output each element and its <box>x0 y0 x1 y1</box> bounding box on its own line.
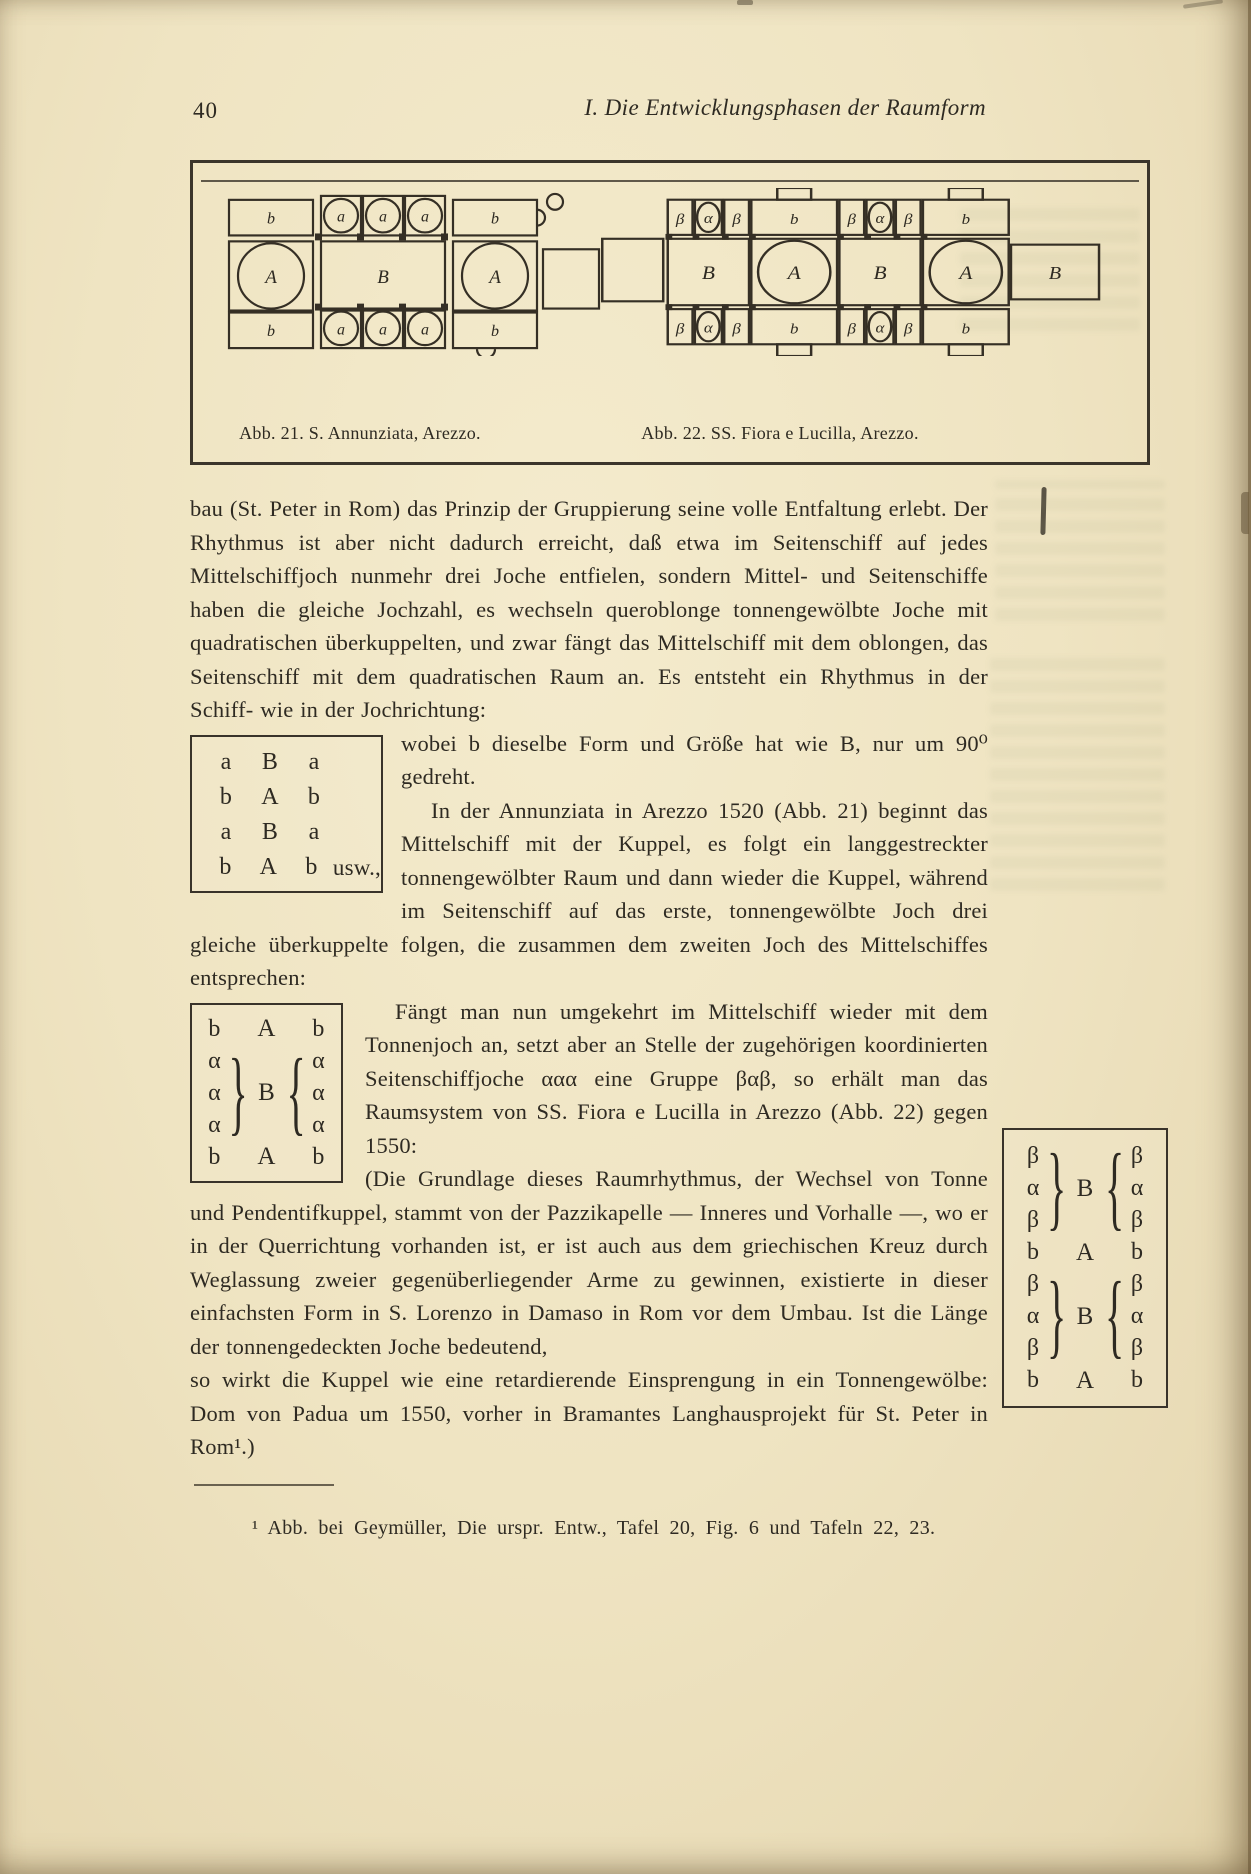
schema-cell: A <box>247 1144 287 1169</box>
schema-cell: α <box>201 1045 229 1077</box>
ink-speck <box>1183 0 1223 9</box>
schema-cell: B <box>247 1080 287 1105</box>
brace-glyph: } <box>1047 1141 1065 1235</box>
room-label-alpha: α <box>704 211 714 227</box>
schema-cell: A <box>1065 1368 1105 1393</box>
room-label-barrel: B <box>702 263 715 283</box>
schema-cell: α <box>201 1109 229 1141</box>
schema-cell: α <box>1019 1300 1047 1332</box>
schema-cell: a <box>204 750 248 774</box>
schema-row: bAb <box>1010 1236 1160 1268</box>
schema-row: aBa <box>204 815 381 850</box>
figure-caption-abb22: Abb. 22. SS. Fiora e Lucilla, Arezzo. <box>620 423 940 444</box>
schema-cell: α <box>1123 1172 1151 1204</box>
room-label-beta: β <box>903 212 913 228</box>
paragraph-5: (Die Grundlage dieses Raumrhythmus, der … <box>190 1162 988 1363</box>
plan-geometry <box>229 194 599 356</box>
schema-cell: β <box>1019 1204 1047 1236</box>
schema-group: β α β } B { β α β <box>1010 1140 1160 1236</box>
schema-cell: β <box>1123 1268 1151 1300</box>
schema-cell: a <box>292 750 336 774</box>
page-number: 40 <box>193 98 218 124</box>
schema-cell: b <box>204 785 248 809</box>
schema-cell: A <box>247 855 290 879</box>
room-label-dome: A <box>957 263 973 283</box>
margin-ink-mark <box>1040 487 1046 535</box>
room-label-alpha: α <box>876 211 886 227</box>
schema-cell: b <box>305 1145 333 1169</box>
brace-glyph: } <box>1047 1269 1065 1363</box>
schema-cell: B <box>248 820 292 844</box>
schema-cell: α <box>305 1045 333 1077</box>
schema-box-2: bAb α α α } B { α α α <box>190 1003 343 1183</box>
schema-row: aBa <box>204 745 381 780</box>
frame-inner-rule <box>201 180 1139 182</box>
paragraph-6: so wirkt die Kuppel wie eine retardieren… <box>190 1363 988 1464</box>
print-bleed-through <box>990 650 1165 900</box>
ink-speck <box>737 0 753 5</box>
room-label-dome: A <box>786 263 802 283</box>
schema-cell: α <box>1123 1300 1151 1332</box>
room-label-aisle: b <box>962 322 971 338</box>
schema-cell: A <box>247 1016 287 1041</box>
schema-cell: α <box>305 1109 333 1141</box>
room-label-beta: β <box>675 212 685 228</box>
room-label-alpha: α <box>704 321 714 337</box>
schema-cell: b <box>201 1145 229 1169</box>
room-label-chapel: a <box>337 209 345 226</box>
room-label-barrel: B <box>873 263 886 283</box>
schema-cell: b <box>204 855 247 879</box>
schema-cell: b <box>290 855 333 879</box>
room-label-chapel: a <box>379 209 387 226</box>
schema-box-3: β α β } B { β α β bAb β α β } B { <box>1002 1128 1168 1408</box>
room-label-chapel: a <box>421 209 429 226</box>
room-label-beta: β <box>846 212 856 228</box>
room-label-dome: A <box>487 267 501 288</box>
room-label-barrel: B <box>377 267 389 288</box>
room-label-dome: A <box>263 267 277 288</box>
room-label-aisle: b <box>962 212 971 228</box>
room-label-alpha: α <box>876 321 886 337</box>
schema-cell: A <box>1065 1240 1105 1265</box>
schema-cell: b <box>1019 1368 1047 1392</box>
schema-cell: α <box>201 1077 229 1109</box>
room-label-aisle: b <box>491 211 499 228</box>
room-label-barrel: B <box>1049 264 1062 283</box>
schema-cell: A <box>248 785 292 809</box>
footnote: ¹ Abb. bei Geymüller, Die urspr. Entw., … <box>190 1512 1180 1546</box>
print-bleed-through <box>995 480 1165 630</box>
schema-row: bAb <box>1010 1364 1160 1396</box>
room-label-beta: β <box>903 322 913 338</box>
room-label-aisle: b <box>267 323 275 340</box>
room-label-chapel: a <box>379 321 387 338</box>
schema-row: bAb <box>204 780 381 815</box>
room-label-beta: β <box>731 322 741 338</box>
schema-cell: β <box>1123 1204 1151 1236</box>
section-fiora-lucilla: bAb α α α } B { α α α <box>190 995 988 1364</box>
room-label-beta: β <box>675 322 685 338</box>
schema-cell: B <box>248 750 292 774</box>
room-label-aisle: b <box>790 212 799 228</box>
schema-cell: a <box>204 820 248 844</box>
section-annunziata: aBa bAb aBa bAbusw., wobei b dieselbe Fo… <box>190 727 988 995</box>
room-label-aisle: b <box>790 322 799 338</box>
schema-cell: B <box>1065 1176 1105 1201</box>
schema-group: α α α } B { α α α <box>200 1045 333 1141</box>
schema-cell: β <box>1123 1332 1151 1364</box>
schema-group: β α β } B { β α β <box>1010 1268 1160 1364</box>
text-column: bau (St. Peter in Rom) das Prinzip der G… <box>190 492 988 1545</box>
schema-box-1: aBa bAb aBa bAbusw., <box>190 735 383 893</box>
schema-cell: B <box>1065 1304 1105 1329</box>
schema-cell: β <box>1019 1332 1047 1364</box>
book-page: 40 I. Die Entwicklungsphasen der Raumfor… <box>0 0 1251 1874</box>
room-label-chapel: a <box>421 321 429 338</box>
schema-suffix: usw., <box>333 856 381 879</box>
schema-cell: a <box>292 820 336 844</box>
schema-cell: β <box>1019 1140 1047 1172</box>
schema-cell: b <box>1123 1368 1151 1392</box>
room-label-aisle: b <box>491 323 499 340</box>
floor-plan-abb22: β α β b β α β b B A B A B β α β b β α β … <box>600 188 1125 356</box>
schema-row: bAb <box>200 1013 333 1045</box>
room-label-aisle: b <box>267 211 275 228</box>
figure-caption-abb21: Abb. 21. S. Annunziata, Arezzo. <box>210 423 510 444</box>
schema-cell: b <box>292 785 336 809</box>
room-label-beta: β <box>846 322 856 338</box>
schema-row: bAbusw., <box>204 850 381 885</box>
brace-glyph: } <box>229 1046 247 1140</box>
schema-cell: α <box>1019 1172 1047 1204</box>
floor-plan-abb21: b a a a b A B A b a a a b <box>225 188 605 356</box>
schema-cell: b <box>201 1017 229 1041</box>
schema-cell: b <box>1019 1240 1047 1264</box>
schema-cell: β <box>1123 1140 1151 1172</box>
schema-cell: β <box>1019 1268 1047 1300</box>
paragraph-1: bau (St. Peter in Rom) das Prinzip der G… <box>190 492 988 727</box>
schema-cell: α <box>305 1077 333 1109</box>
schema-cell: b <box>1123 1240 1151 1264</box>
brace-glyph: { <box>287 1046 305 1140</box>
brace-glyph: { <box>1105 1269 1123 1363</box>
footnote-rule <box>194 1484 334 1486</box>
brace-glyph: { <box>1105 1141 1123 1235</box>
schema-cell: b <box>305 1017 333 1041</box>
room-label-beta: β <box>731 212 741 228</box>
room-label-chapel: a <box>337 321 345 338</box>
running-title: I. Die Entwicklungsphasen der Raumform <box>584 95 986 121</box>
schema-row: bAb <box>200 1141 333 1173</box>
